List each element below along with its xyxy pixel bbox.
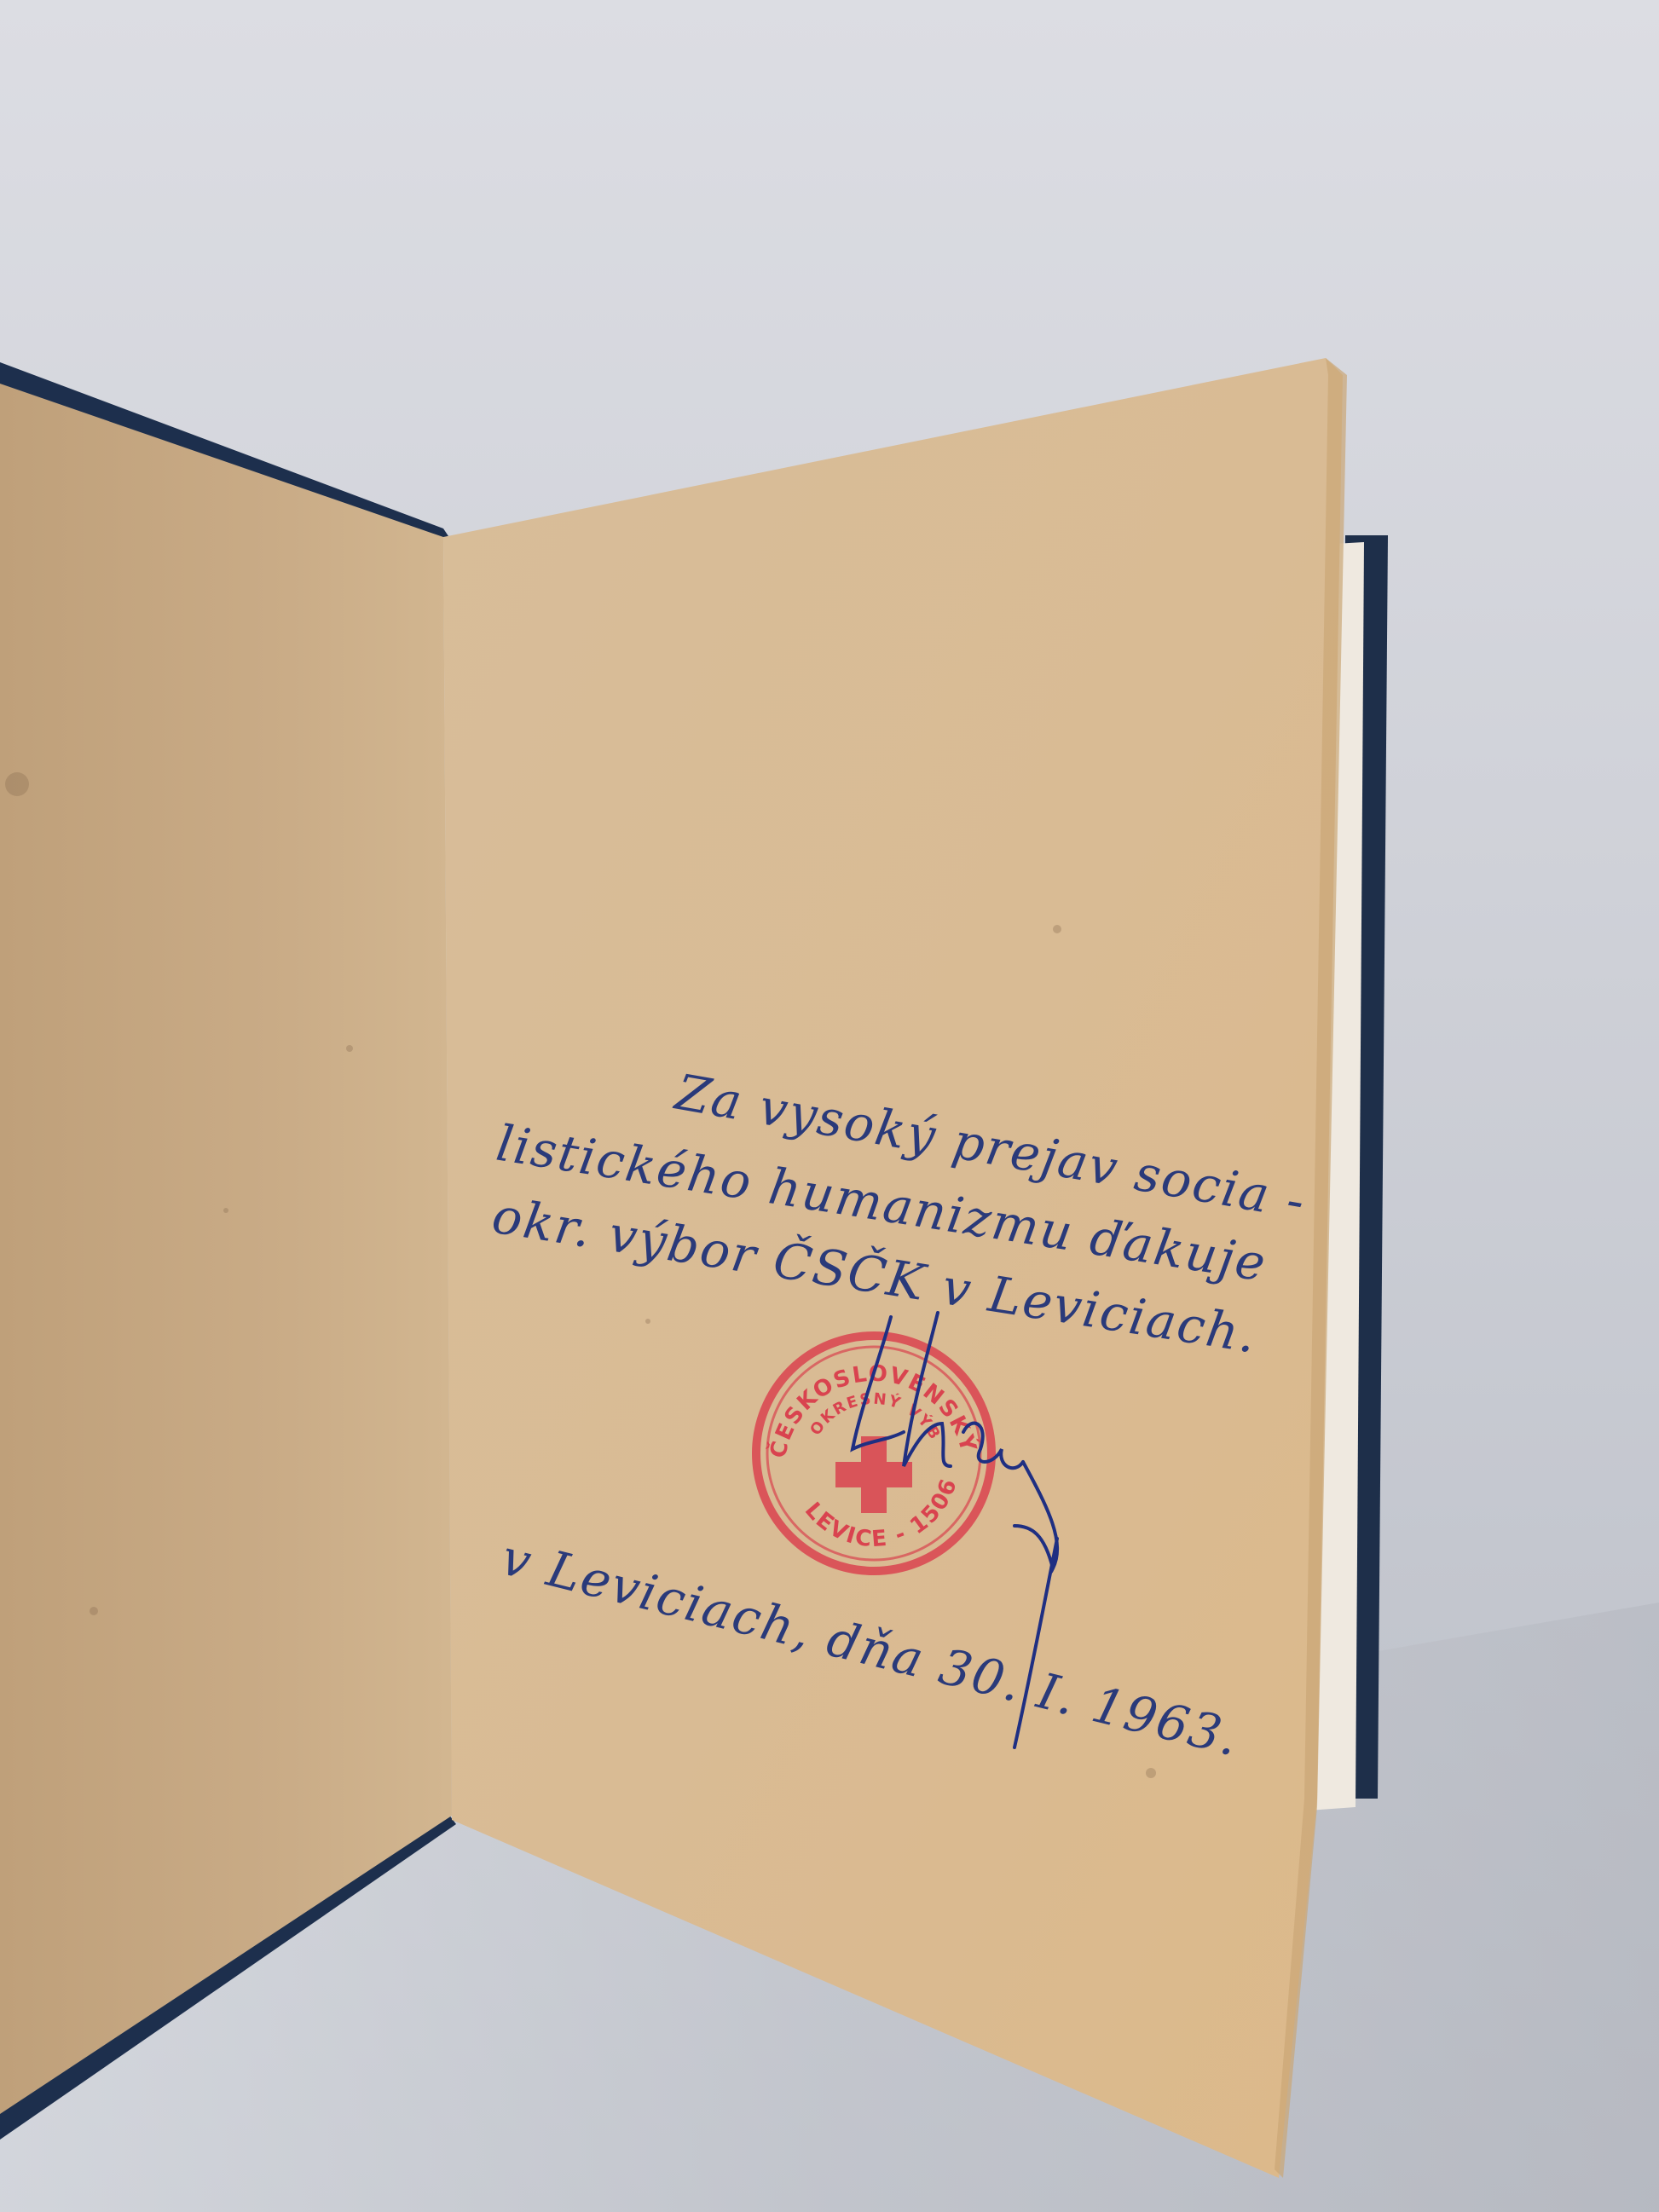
left-endpaper: [0, 384, 452, 2114]
photo-scene: Za vysoký prejav socia - listického huma…: [0, 0, 1659, 2212]
book-illustration: Za vysoký prejav socia - listického huma…: [0, 0, 1659, 2212]
